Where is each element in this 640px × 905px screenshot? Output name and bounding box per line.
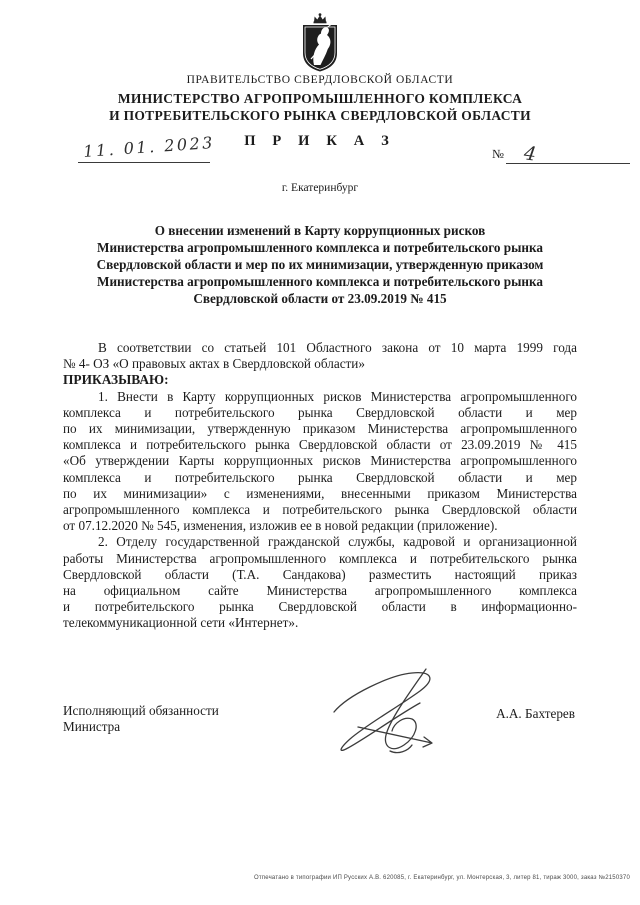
title-line: Свердловской области от 23.09.2019 № 415	[40, 290, 600, 307]
order-title: О внесении изменений в Карту коррупционн…	[40, 222, 600, 307]
government-name: ПРАВИТЕЛЬСТВО СВЕРДЛОВСКОЙ ОБЛАСТИ	[0, 74, 640, 86]
signer-position-line1: Исполняющий обязанности	[63, 703, 219, 720]
signature-icon	[328, 667, 453, 767]
body-line: работы Министерства агропромышленного ко…	[63, 551, 577, 567]
city-name: г. Екатеринбург	[0, 182, 640, 194]
order-document-page: ПРАВИТЕЛЬСТВО СВЕРДЛОВСКОЙ ОБЛАСТИ МИНИС…	[0, 0, 640, 905]
ministry-name-line2: И ПОТРЕБИТЕЛЬСКОГО РЫНКА СВЕРДЛОВСКОЙ ОБ…	[0, 108, 640, 124]
body-line: комплекса и потребительского рынка Сверд…	[63, 405, 577, 421]
body-line: комплекса и потребительского рынка Сверд…	[63, 470, 577, 486]
body-line: «Об утверждении Карты коррупционных риск…	[63, 453, 577, 469]
body-line: и потребительского рынка Свердловской об…	[63, 599, 577, 615]
signer-position-line2: Министра	[63, 719, 219, 736]
number-label: №	[492, 147, 504, 162]
signature-block: Исполняющий обязанности Министра А.А. Ба…	[63, 672, 577, 762]
body-line: В соответствии со статьей 101 Областного…	[63, 340, 577, 356]
ministry-name-line1: МИНИСТЕРСТВО АГРОПРОМЫШЛЕННОГО КОМПЛЕКСА	[0, 91, 640, 107]
title-line: Министерства агропромышленного комплекса…	[40, 239, 600, 256]
date-field: 11. 01. 2023	[78, 134, 210, 163]
signer-name: А.А. Бахтерев	[496, 706, 575, 722]
body-line: по их минимизации» с изменениями, внесен…	[63, 486, 577, 502]
body-line: № 4- ОЗ «О правовых актах в Свердловской…	[63, 356, 577, 372]
letterhead: ПРАВИТЕЛЬСТВО СВЕРДЛОВСКОЙ ОБЛАСТИ МИНИС…	[0, 0, 640, 205]
decree-word: ПРИКАЗЫВАЮ:	[63, 372, 577, 388]
body-line: комплекса и потребительского рынка Сверд…	[63, 437, 577, 453]
coat-of-arms-icon	[297, 13, 343, 78]
title-line: Свердловской области и мер по их минимиз…	[40, 256, 600, 273]
number-field: № 4	[492, 140, 632, 164]
title-line: О внесении изменений в Карту коррупционн…	[40, 222, 600, 239]
body-line: 2. Отделу государственной гражданской сл…	[63, 534, 577, 550]
title-line: Министерства агропромышленного комплекса…	[40, 273, 600, 290]
body-line: на официальном сайте Министерства агропр…	[63, 583, 577, 599]
body-line: по их минимизации, утвержденную приказом…	[63, 421, 577, 437]
print-shop-note: Отпечатано в типографии ИП Русских А.В. …	[0, 875, 630, 881]
body-line: от 07.12.2020 № 545, изменения, изложив …	[63, 518, 577, 534]
body-line: 1. Внести в Карту коррупционных рисков М…	[63, 389, 577, 405]
body-line: Свердловской области (Т.А. Сандакова) ра…	[63, 567, 577, 583]
body-line: агропромышленного комплекса и потребител…	[63, 502, 577, 518]
signer-position: Исполняющий обязанности Министра	[63, 703, 219, 736]
body-line: телекоммуникационной сети «Интернет».	[63, 615, 577, 631]
order-body: В соответствии со статьей 101 Областного…	[63, 340, 577, 632]
handwritten-date: 11. 01. 2023	[83, 133, 216, 161]
